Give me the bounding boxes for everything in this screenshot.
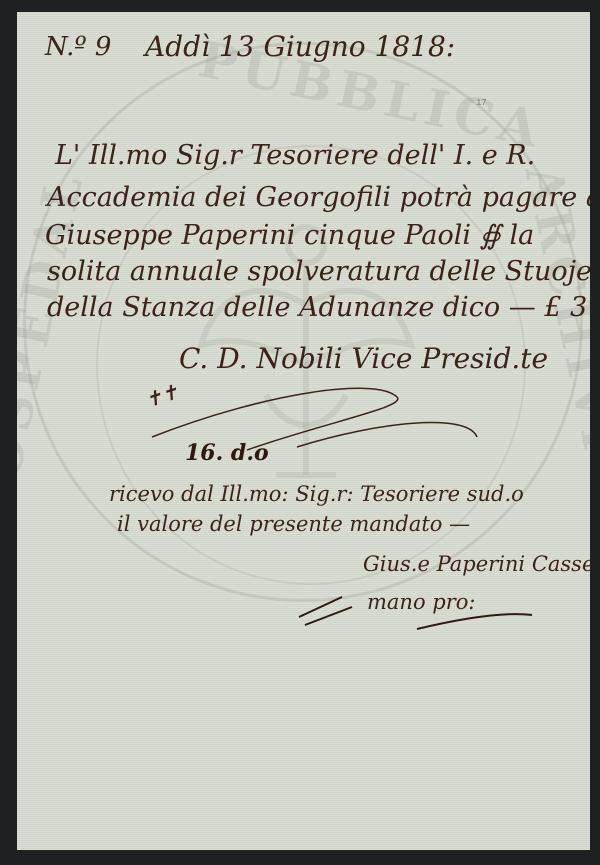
mandate-line-3: Giuseppe Paperini cinque Paoli ∯ la	[45, 220, 534, 251]
receipt-line-1: ricevo dal Ill.mo: Sig.r: Tesoriere sud.…	[109, 482, 524, 506]
receipt-line-2: il valore del presente mandato —	[117, 512, 470, 536]
folio-number: 17	[476, 98, 487, 108]
receipt-signature-name: Gius.e Paperini Cassett.o	[363, 552, 590, 576]
mandate-line-2: Accademia dei Georgofili potrà pagare a	[47, 182, 590, 213]
receipt-flourish-icon	[297, 587, 537, 632]
receipt-date-note: 16. d.o	[185, 440, 269, 466]
document-paper: PUBBLICA OSPEDAL ARCHIVIO 17 N.º 9 Addì …	[17, 12, 590, 850]
mandate-line-4: solita annuale spolveratura delle Stuoje	[47, 256, 590, 287]
document-number: N.º 9	[45, 32, 111, 62]
date-line: Addì 13 Giugno 1818:	[145, 30, 455, 63]
vice-president-signature: C. D. Nobili Vice Presid.te	[179, 342, 548, 375]
mandate-line-5: della Stanza delle Adunanze dico — £ 3. …	[47, 292, 590, 323]
mandate-line-1: L' Ill.mo Sig.r Tesoriere dell' I. e R.	[55, 140, 535, 171]
